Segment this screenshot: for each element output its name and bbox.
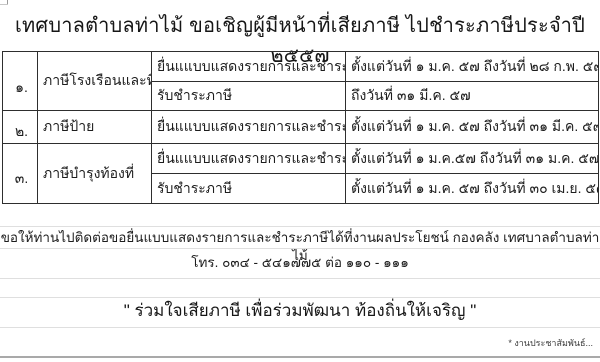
period-cell: ตั้งแต่วันที่ ๑ ม.ค. ๕๗ ถึงวันที่ ๓๑ มี.… [346,111,599,144]
bottom-border-line [0,356,600,358]
period-cell: ตั้งแต่วันที่ ๑ ม.ค. ๕๗ ถึงวันที่ ๓๐ เม.… [346,174,599,204]
phone-number-text: โทร. ๐๓๔ - ๕๔๑๗๗๕ ต่อ ๑๑๐ - ๑๑๑ [0,254,600,272]
period-cell: ตั้งแต่วันที่ ๑ ม.ค.๕๗ ถึงวันที่ ๓๑ ม.ค.… [346,144,599,174]
slogan-text: " ร่วมใจเสียภาษี เพื่อร่วมพัฒนา ท้องถิ่น… [0,299,600,323]
row-divider-line [0,248,600,249]
footnote-text: * งานประชาสัมพันธ์... [508,336,593,350]
row-number: ๒. [15,123,28,141]
row-number: ๓. [15,170,28,188]
tax-schedule-table: ๑. ภาษีโรงเรือนและที่ดิน ยื่นแแบบแสดงราย… [2,51,599,204]
period-cell: ถึงวันที่ ๓๑ มี.ค. ๕๗ [346,82,599,111]
row-divider-line [0,297,600,298]
row-divider-line [0,278,600,279]
row-number-cell: ๒. [3,111,38,144]
row-number: ๑. [15,79,28,97]
tax-notice-document: เทศบาลตำบลท่าไม้ ขอเชิญผู้มีหน้าที่เสียภ… [0,0,600,362]
table-row: ๓. ภาษีบำรุงท้องที่ ยื่นแแบบแสดงรายการแล… [3,144,599,174]
tax-name-cell: ภาษีบำรุงท้องที่ [38,144,152,204]
row-divider-line [0,327,600,328]
action-cell: ยื่นแแบบแสดงรายการและชำระภาษี [152,111,346,144]
period-cell: ตั้งแต่วันที่ ๑ ม.ค. ๕๗ ถึงวันที่ ๒๘ ก.พ… [346,52,599,82]
row-number-cell: ๓. [3,144,38,204]
tax-name-cell: ภาษีโรงเรือนและที่ดิน [38,52,152,111]
action-cell: รับชำระภาษี [152,82,346,111]
row-number-cell: ๑. [3,52,38,111]
table-row: ๒. ภาษีป้าย ยื่นแแบบแสดงรายการและชำระภาษ… [3,111,599,144]
scan-artifact-horizontal-tick [0,4,8,5]
action-cell: ยื่นแแบบแสดงรายการและชำระภาษี [152,52,346,82]
row-divider-line [0,226,600,227]
action-cell: รับชำระภาษี [152,174,346,204]
action-cell: ยื่นแแบบแสดงรายการและชำระภาษี [152,144,346,174]
table-row: ๑. ภาษีโรงเรือนและที่ดิน ยื่นแแบบแสดงราย… [3,52,599,82]
tax-name-cell: ภาษีป้าย [38,111,152,144]
